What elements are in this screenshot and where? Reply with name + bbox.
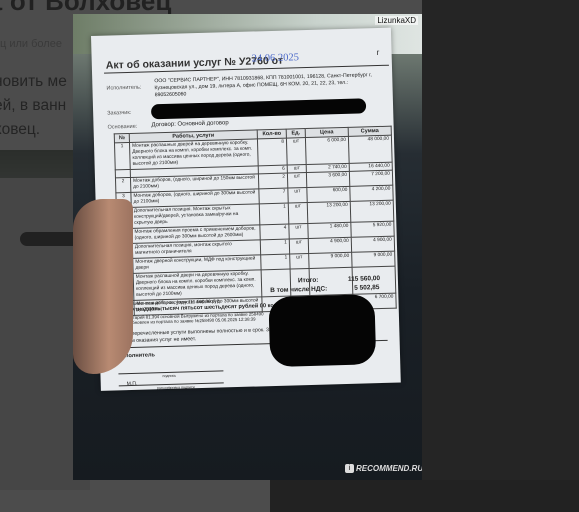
cell-unit: шт <box>287 173 306 189</box>
cell-sum: 48 000,00 <box>348 135 392 163</box>
signature-decoding-caption: расшифровка подписи <box>157 385 195 390</box>
photo-watermark: LizunkaXD <box>375 16 418 25</box>
executor-label: Исполнитель: <box>106 85 141 92</box>
cell-price: 9 000,00 <box>309 252 352 268</box>
irecommend-logo-icon: i <box>345 464 354 473</box>
cell-price: 3 600,00 <box>306 171 349 187</box>
basis-value: Договор: Основной договор <box>151 120 228 128</box>
customer-signature-redaction <box>268 294 376 367</box>
cell-qty: 4 <box>260 224 289 240</box>
cell-n: 2 <box>115 177 130 192</box>
cell-desc: Монтаж распашных дверей на деревянную ко… <box>129 139 258 170</box>
vat-value: 5 502,85 <box>354 284 379 292</box>
cell-price: 4 900,00 <box>308 237 351 253</box>
document-date: 24 06 2025 <box>252 52 300 64</box>
customer-redaction <box>151 98 366 119</box>
cell-price: 13 200,00 <box>307 201 351 223</box>
cell-price: 6 000,00 <box>305 136 349 164</box>
executor-value: ООО "СЕРВИС ПАРТНЕР", ИНН 7810931868, КП… <box>154 72 379 99</box>
total-label: Итого: <box>298 277 319 285</box>
cell-price: 1 480,00 <box>308 222 351 238</box>
document-paper: Акт об оказании услуг № У2760 от 24 06 2… <box>91 28 401 391</box>
cell-n: 1 <box>114 142 130 169</box>
lightbox-footer-area <box>270 480 579 512</box>
cell-sum: 4 200,00 <box>350 185 393 201</box>
cell-sum: 4 900,00 <box>351 236 394 252</box>
cell-qty: 7 <box>259 188 288 204</box>
cell-price: 600,00 <box>307 186 350 202</box>
lightbox-backdrop-right[interactable] <box>422 0 579 512</box>
customer-label: Заказчик: <box>107 110 131 117</box>
document-year-suffix: г <box>376 48 379 57</box>
total-value: 115 560,00 <box>348 275 380 283</box>
cell-sum: 5 920,00 <box>351 221 394 237</box>
cell-unit: шт <box>289 239 308 255</box>
signature-caption: подпись <box>162 374 176 378</box>
cell-unit: шт <box>288 188 307 204</box>
lightbox-photo[interactable]: LizunkaXD Акт об оказании услуг № У2760 … <box>73 14 422 480</box>
cell-desc: Монтаж распашной двери на деревянную кор… <box>133 270 262 301</box>
cell-sum: 9 000,00 <box>352 251 395 267</box>
source-badge: i RECOMMEND.RU <box>345 464 422 473</box>
cell-unit: шт <box>290 254 309 270</box>
cell-unit: шт <box>289 224 308 240</box>
cell-qty: 1 <box>261 254 290 270</box>
cell-sum: 7 200,00 <box>349 170 392 186</box>
cell-sum: 13 200,00 <box>350 200 394 222</box>
col-number: № <box>114 133 129 142</box>
cell-unit: шт <box>288 203 308 225</box>
cell-qty: 1 <box>259 203 289 225</box>
cell-unit: шт <box>286 138 306 166</box>
cell-qty: 8 <box>257 138 287 166</box>
cell-qty: 2 <box>258 173 287 189</box>
cell-qty: 1 <box>260 239 289 255</box>
holding-hand <box>73 199 133 374</box>
basis-label: Основание: <box>107 124 137 131</box>
seal-label: М.П. <box>127 381 138 387</box>
